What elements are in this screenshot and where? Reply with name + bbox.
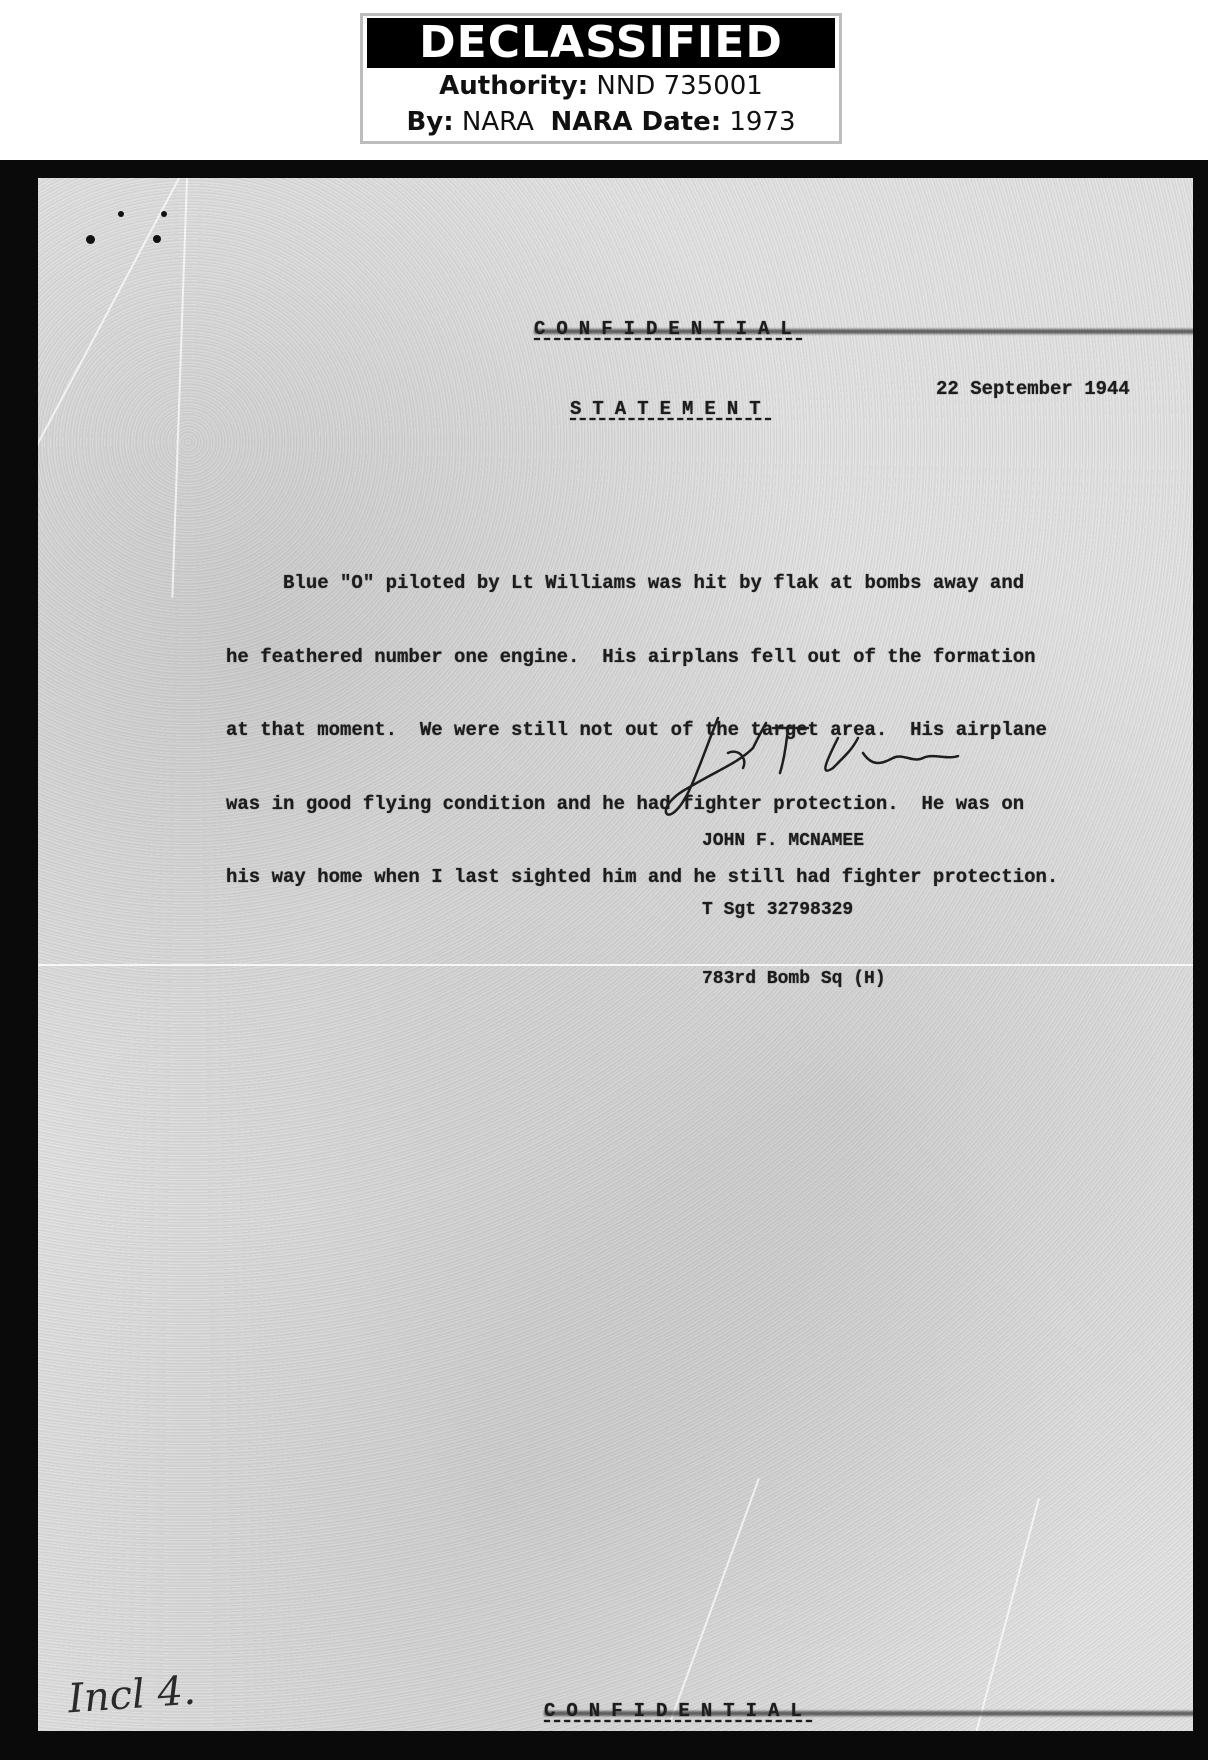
classification-bottom: CONFIDENTIAL — [544, 1700, 1193, 1722]
stamp-authority: Authority: NND 735001 — [363, 68, 839, 104]
classification-top: CONFIDENTIAL — [534, 318, 1193, 340]
body-line: Blue "O" piloted by Lt Williams was hit … — [226, 571, 1126, 596]
fold-line — [38, 964, 1193, 966]
body-line: his way home when I last sighted him and… — [226, 865, 1126, 890]
punch-hole — [153, 235, 161, 243]
stamp-authority-label: Authority: — [439, 71, 588, 101]
stamp-date-value: 1973 — [729, 107, 795, 137]
stamp-by-value: NARA — [462, 107, 534, 137]
document-heading: STATEMENT — [570, 398, 772, 420]
signer-name: JOHN F. MCNAMEE — [702, 830, 886, 853]
stamp-title: DECLASSIFIED — [367, 18, 835, 68]
scratch-mark — [38, 178, 180, 461]
signer-rank-serial: T Sgt 32798329 — [702, 899, 886, 922]
scratch-mark — [669, 1478, 760, 1723]
scanned-page: CONFIDENTIAL 22 September 1944 STATEMENT… — [0, 160, 1208, 1760]
document-date: 22 September 1944 — [936, 378, 1130, 400]
punch-hole — [118, 211, 124, 217]
document-paper: CONFIDENTIAL 22 September 1944 STATEMENT… — [38, 178, 1193, 1731]
body-line: he feathered number one engine. His airp… — [226, 645, 1126, 670]
scratch-mark — [171, 178, 188, 598]
signer-unit: 783rd Bomb Sq (H) — [702, 968, 886, 991]
stamp-by-date: By: NARA NARA Date: 1973 — [363, 104, 839, 140]
punch-hole — [161, 211, 167, 217]
declassified-stamp: DECLASSIFIED Authority: NND 735001 By: N… — [360, 13, 842, 144]
handwritten-enclosure-note: Incl 4. — [67, 1668, 198, 1723]
punch-hole — [86, 235, 95, 244]
stamp-date-label: NARA Date: — [550, 107, 721, 137]
signature-block: JOHN F. MCNAMEE T Sgt 32798329 783rd Bom… — [702, 784, 886, 1037]
scratch-mark — [971, 1498, 1040, 1731]
stamp-by-label: By: — [406, 107, 453, 137]
stamp-authority-value: NND 735001 — [596, 71, 762, 101]
